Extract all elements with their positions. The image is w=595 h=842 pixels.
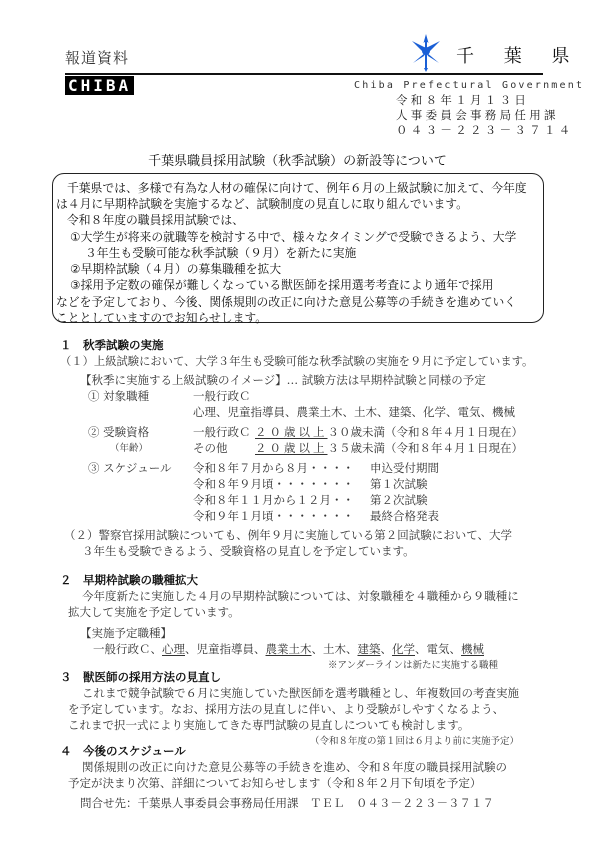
job-item-new: 化学 [392, 642, 415, 656]
job-types-line1: 一般行政Ｃ [193, 388, 251, 404]
phone: ０４３－２２３－３７１４ [396, 122, 574, 138]
section3-line2: を予定しています。なお、採用方法の見直しに伴い、より受験がしやすくなるよう、 [68, 701, 504, 717]
qual-type: 一般行政Ｃ [193, 424, 255, 440]
job-list: 一般行政Ｃ、心理、児童指導員、農業土木、土木、建築、化学、電気、機械 [93, 641, 484, 657]
job-item: 児童指導員 [197, 642, 255, 656]
schedule-when-1: 令和８年７月から８月・・・・ [193, 460, 354, 476]
section2-heading: ２ 早期枠試験の職種拡大 [60, 572, 198, 588]
section3-note: （令和８年度の第１回は６月より前に実施予定） [310, 733, 519, 747]
department: 人事委員会事務局任用課 [396, 107, 559, 123]
section2-p-line2: 拡大して実施を予定しています。 [68, 604, 240, 620]
schedule-when-3: 令和８年１１月から１２月・・ [193, 492, 354, 508]
section3-line1: これまで競争試験で６月に実施していた獣医師を選考職種とし、年複数回の考査実施 [82, 685, 519, 701]
header-divider [65, 73, 543, 75]
qual-rest: ３５歳未満（令和８年４月１日現在） [328, 441, 524, 455]
schedule-what-1: 申込受付期間 [370, 460, 439, 476]
section2-p-line1: 今年度新たに実施した４月の早期枠試験については、対象職種を４職種から９職種に [82, 588, 519, 604]
summary-item-1-line1: ①大学生が将来の就職等を検討する中で、様々なタイミングで受験できるよう、大学 [70, 228, 516, 245]
qual-type: その他 [193, 440, 255, 456]
section1-p1: （１）上級試験において、大学３年生も受験可能な秋季試験の実施を９月に予定していま… [60, 353, 533, 369]
page-title: 千葉県職員採用試験（秋季試験）の新設等について [0, 150, 595, 169]
government-name-en: Chiba Prefectural Government [354, 80, 584, 91]
prefecture-name: 千 葉 県 [456, 42, 581, 68]
press-release-label: 報道資料 [65, 47, 129, 68]
schedule-when-4: 令和９年１月頃・・・・・・・ [193, 508, 354, 524]
summary-closing-line2: こととしていますのでお知らせします。 [56, 309, 267, 326]
qual-min-age: ２０歳以上 [255, 425, 328, 439]
schedule-when-2: 令和８年９月頃・・・・・・・ [193, 476, 354, 492]
separator: 、 [312, 642, 324, 656]
section1-image-heading: 【秋季に実施する上級試験のイメージ】… 試験方法は早期枠試験と同様の予定 [80, 372, 486, 388]
job-types-label: ① 対象職種 [88, 388, 149, 404]
separator: 、 [381, 642, 393, 656]
job-item-new: 建築 [358, 642, 381, 656]
contact-info: 問合せ先：千葉県人事委員会事務局任用課 ＴＥＬ ０４３－２２３－３７１７ [80, 795, 494, 811]
summary-p1-line2: は４月に早期枠試験を実施するなど、試験制度の見直しに取り組んでいます。 [56, 195, 468, 212]
job-item: 土木 [323, 642, 346, 656]
job-types-line2: 心理、児童指導員、農業土木、土木、建築、化学、電気、機械 [193, 404, 515, 420]
qualification-label: ② 受験資格 [88, 424, 149, 440]
summary-item-2: ②早期枠試験（４月）の募集職種を拡大 [70, 260, 281, 277]
job-item: 一般行政Ｃ [93, 642, 151, 656]
job-item-new: 心理 [162, 642, 185, 656]
section1-p2-line2: ３年生も受験できるよう、受験資格の見直しを予定しています。 [82, 543, 415, 559]
section4-heading: ４ 今後のスケジュール [60, 743, 186, 759]
qual-min-age: ２０歳以上 [255, 441, 328, 455]
qualification-sublabel: （年齢） [110, 440, 148, 454]
schedule-what-2: 第１次試験 [370, 476, 428, 492]
schedule-what-3: 第２次試験 [370, 492, 428, 508]
separator: 、 [151, 642, 163, 656]
separator: 、 [346, 642, 358, 656]
job-item-new: 機械 [461, 642, 484, 656]
release-date: 令和８年１月１３日 [396, 92, 529, 108]
section1-heading: １ 秋季試験の実施 [60, 337, 164, 353]
summary-item-1-line2: ３年生も受験可能な秋季試験（９月）を新たに実施 [85, 244, 356, 261]
job-item-new: 農業土木 [266, 642, 312, 656]
chiba-logo: CHIBA [65, 76, 134, 95]
qual-rest: ３０歳未満（令和８年４月１日現在） [328, 425, 524, 439]
chiba-prefecture-emblem-icon [411, 34, 441, 72]
qualification-row-2: その他２０歳以上３５歳未満（令和８年４月１日現在） [193, 440, 523, 456]
section4-line1: 関係規則の改正に向けた意見公募等の手続きを進め、令和８年度の職員採用試験の [82, 759, 507, 775]
separator: 、 [185, 642, 197, 656]
qualification-row-1: 一般行政Ｃ２０歳以上３０歳未満（令和８年４月１日現在） [193, 424, 523, 440]
job-item: 電気 [427, 642, 450, 656]
underline-note: ※アンダーラインは新たに実施する職種 [328, 657, 498, 671]
job-list-heading: 【実施予定職種】 [80, 625, 172, 641]
separator: 、 [450, 642, 462, 656]
section4-line2: 予定が決まり次第、詳細についてお知らせします（令和８年２月下旬頃を予定） [68, 775, 481, 791]
summary-p2: 令和８年度の職員採用試験では、 [67, 211, 244, 228]
separator: 、 [254, 642, 266, 656]
schedule-what-4: 最終合格発表 [370, 508, 439, 524]
section3-line3: これまで択一式により実施してきた専門試験の見直しについても検討します。 [68, 717, 469, 733]
schedule-label: ③ スケジュール [88, 460, 171, 476]
separator: 、 [415, 642, 427, 656]
section1-p2-line1: （２）警察官採用試験についても、例年９月に実施している第２回試験において、大学 [64, 527, 512, 543]
summary-item-3: ③採用予定数の確保が難しくなっている獣医師を採用選考考査により通年で採用 [70, 276, 493, 293]
summary-closing-line1: などを予定しており、今後、関係規則の改正に向けた意見公募等の手続きを進めていく [56, 293, 516, 310]
section3-heading: ３ 獣医師の採用方法の見直し [60, 669, 221, 685]
summary-p1-line1: 千葉県では、多様で有為な人材の確保に向けて、例年６月の上級試験に加えて、今年度 [67, 179, 527, 196]
